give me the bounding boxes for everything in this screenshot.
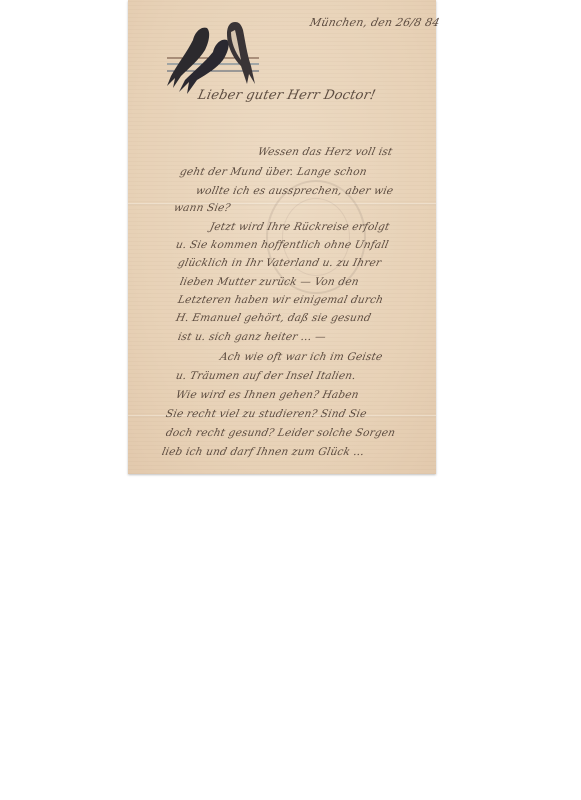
body-line: Letzteren haben wir einigemal durch — [177, 294, 385, 306]
body-line: doch recht gesund? Leider solche Sorgen — [165, 427, 397, 439]
body-line: lieben Mutter zurück — Von den — [179, 276, 360, 288]
body-line: H. Emanuel gehört, daß sie gesund — [175, 312, 372, 324]
body-line: lieb ich und darf Ihnen zum Glück ... — [161, 446, 366, 458]
body-line: Wie wird es Ihnen gehen? Haben — [175, 389, 360, 401]
salutation: Lieber guter Herr Doctor! — [196, 88, 377, 103]
body-line: ist u. sich ganz heiter ... — — [177, 331, 327, 343]
body-line: geht der Mund über. Lange schon — [179, 166, 368, 178]
body-line: u. Sie kommen hoffentlich ohne Unfall — [175, 239, 390, 251]
swallows-vignette-icon — [165, 18, 261, 98]
body-line: glücklich in Ihr Vaterland u. zu Ihrer — [177, 257, 383, 269]
body-line: wann Sie? — [173, 202, 232, 214]
body-line: Jetzt wird Ihre Rückreise erfolgt — [209, 221, 391, 233]
place-date: München, den 26/8 84 — [309, 16, 441, 29]
body-line: wollte ich es aussprechen, aber wie — [195, 185, 395, 197]
body-line: Sie recht viel zu studieren? Sind Sie — [165, 408, 368, 420]
body-line: Wessen das Herz voll ist — [257, 146, 394, 158]
body-line: u. Träumen auf der Insel Italien. — [175, 370, 357, 382]
body-line: Ach wie oft war ich im Geiste — [219, 351, 384, 363]
letter-page: München, den 26/8 84 Lieber guter Herr D… — [128, 0, 436, 474]
